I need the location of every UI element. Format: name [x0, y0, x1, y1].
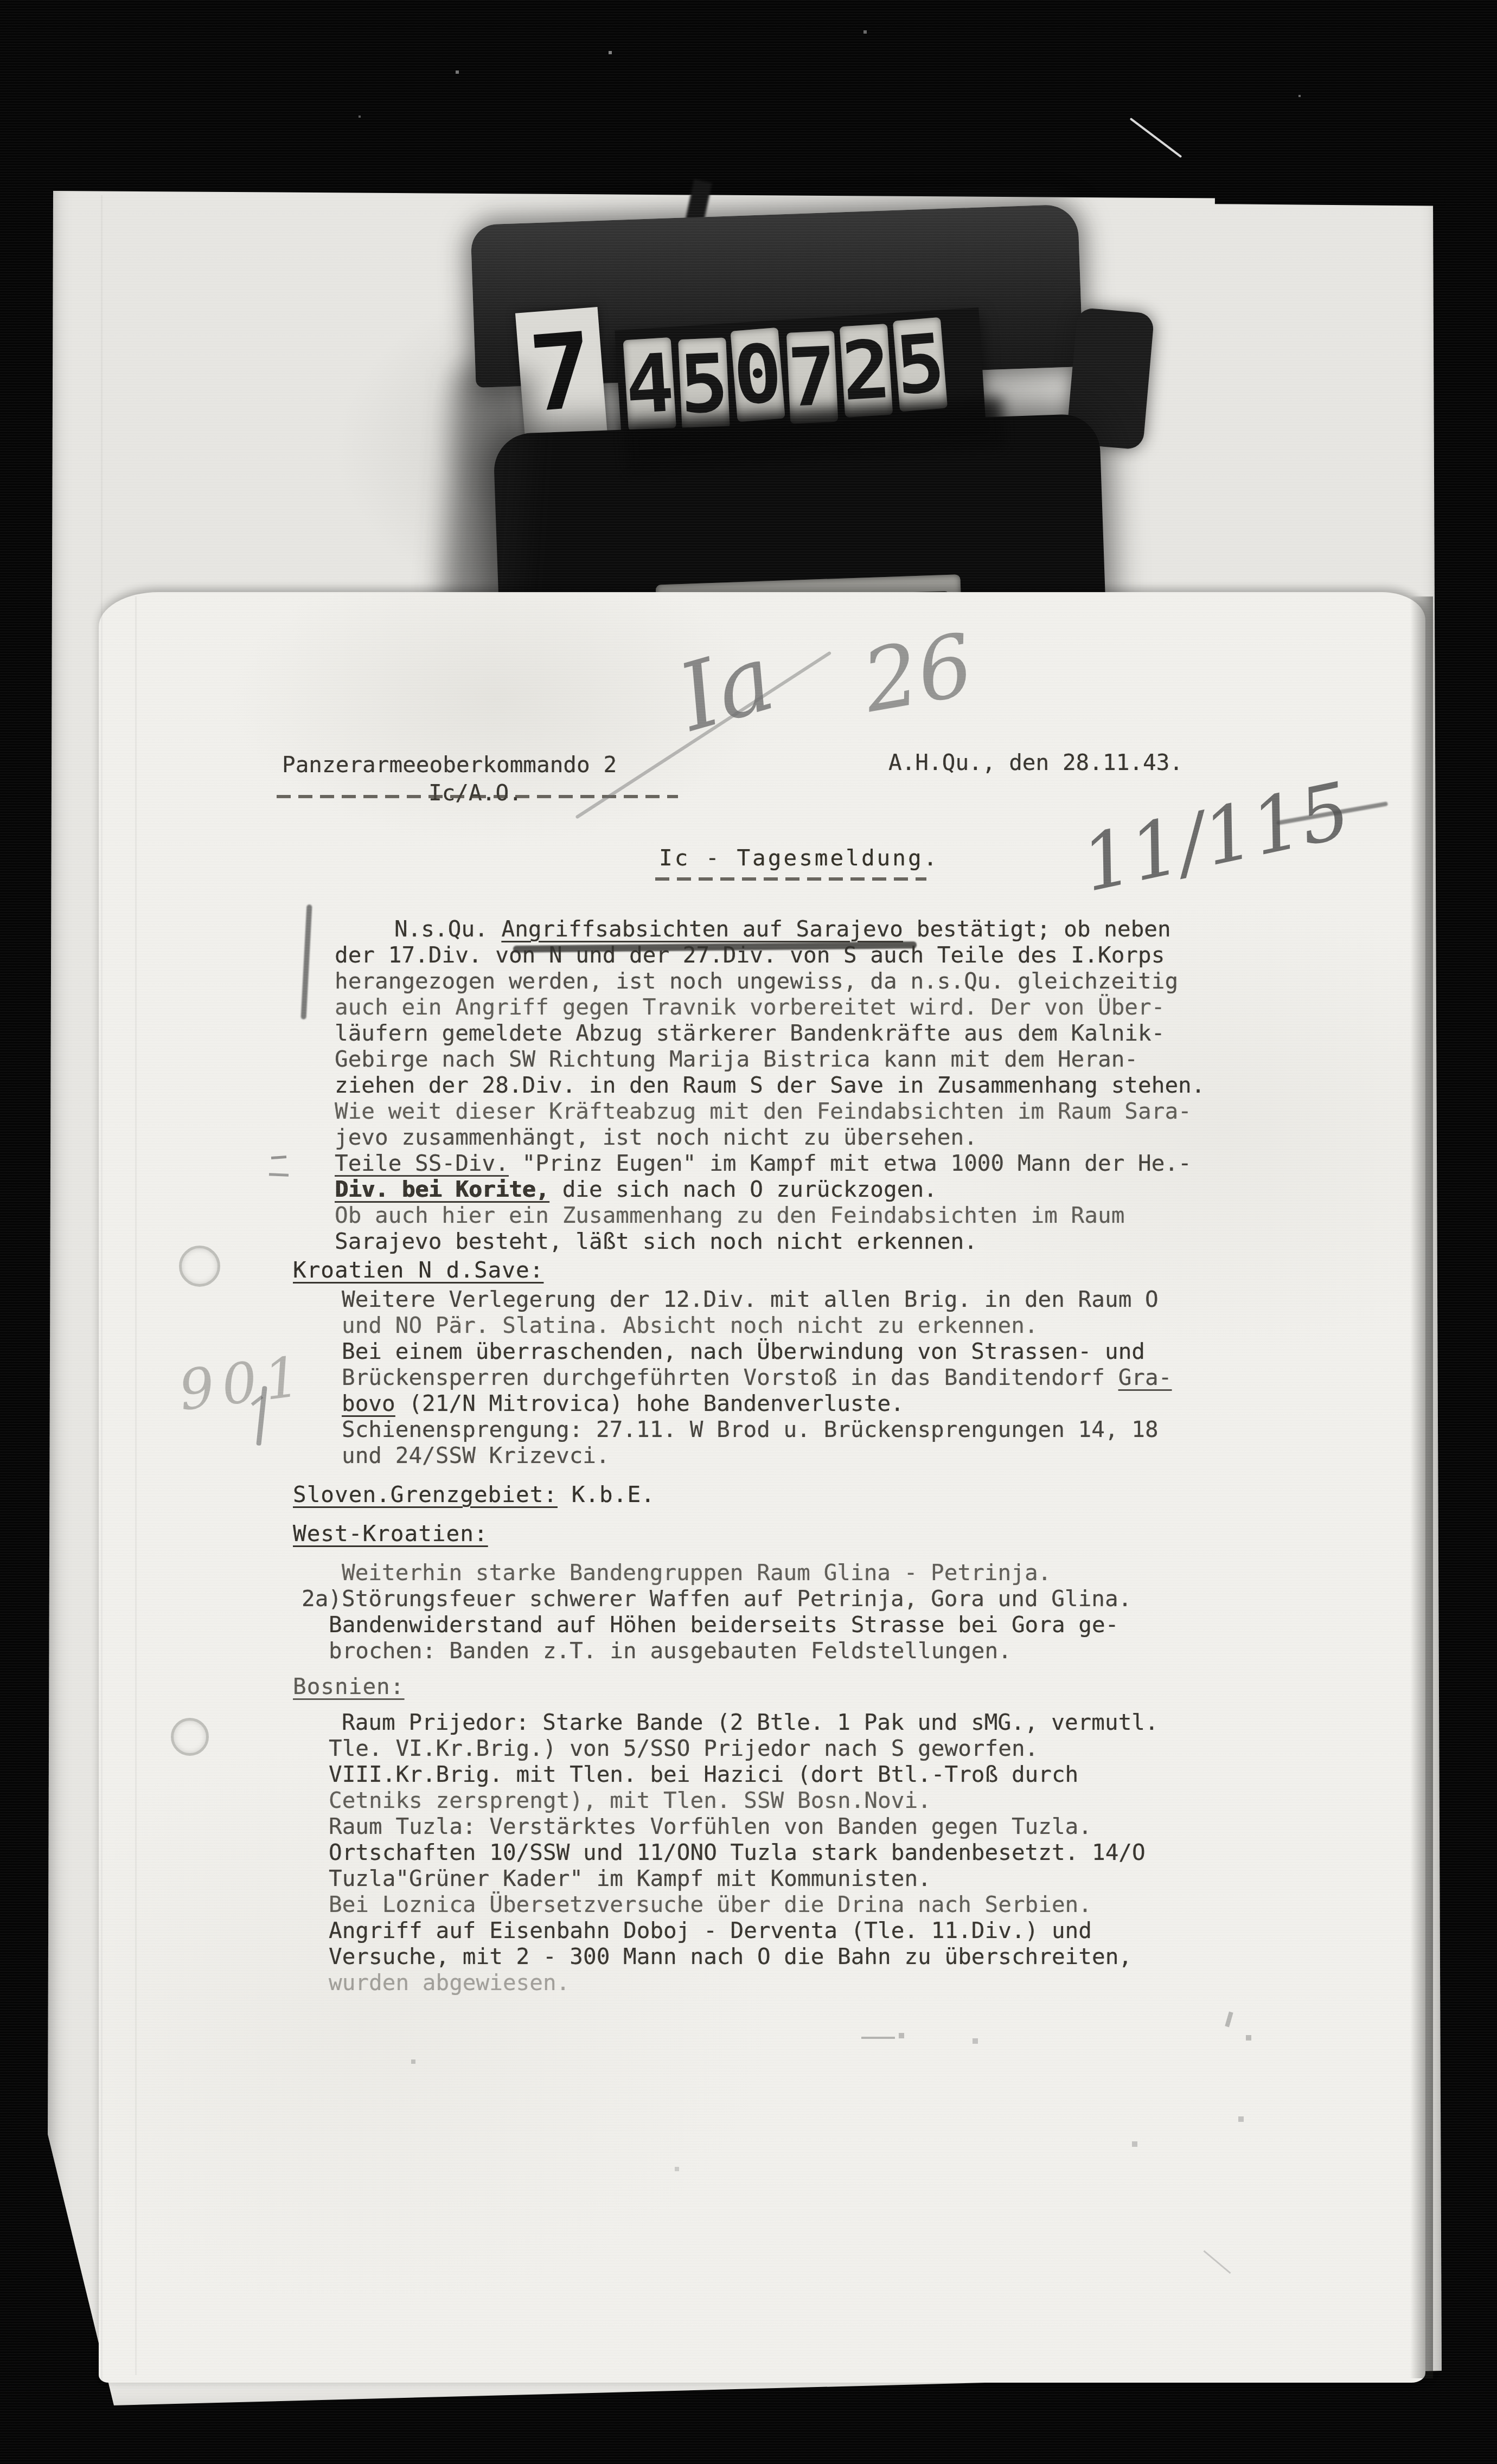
report-line-segment: Kroatien N d.Save: [293, 1257, 543, 1283]
report-line: auch ein Angriff gegen Travnik vorbereit… [335, 994, 1165, 1020]
pencil-note-26: 26 [856, 615, 981, 732]
report-line: Brückensperren durchgeführten Vorstoß in… [342, 1364, 1172, 1390]
report-line-segment: Teile SS-Div. [335, 1150, 509, 1176]
report-line-segment: Bosnien: [293, 1673, 404, 1699]
title-underline-rule [655, 877, 926, 881]
report-line-segment: 2a)Störungsfeuer schwerer Waffen auf Pet… [302, 1586, 1131, 1612]
section-heading-west-kroatien: West-Kroatien: [293, 1520, 488, 1547]
report-line: Raum Tuzla: Verstärktes Vorfühlen von Ba… [329, 1813, 1092, 1839]
report-line-segment: Versuche, mit 2 - 300 Mann nach O die Ba… [329, 1943, 1132, 1969]
report-line: Bei einem überraschenden, nach Überwindu… [342, 1338, 1145, 1364]
report-line-segment: ziehen der 28.Div. in den Raum S der Sav… [335, 1072, 1205, 1098]
report-line-segment: Gra- [1118, 1364, 1172, 1390]
report-line-segment: Gebirge nach SW Richtung Marija Bistrica… [335, 1046, 1138, 1072]
letterhead-place-date: A.H.Qu., den 28.11.43. [888, 749, 1183, 775]
report-line-segment: Bei einem überraschenden, nach Überwindu… [342, 1338, 1145, 1364]
typed-text-layer: Panzerarmeeoberkommando 2 A.H.Qu., den 2… [0, 0, 1497, 2464]
report-line-segment: Bandenwiderstand auf Höhen beiderseits S… [329, 1612, 1118, 1638]
report-line-segment: Sloven.Grenzgebiet: [293, 1481, 558, 1507]
report-line-segment: bovo [342, 1390, 395, 1416]
report-line-segment: Tuzla"Grüner Kader" im Kampf mit Kommuni… [329, 1865, 931, 1891]
report-line-segment: Weitere Verlegerung der 12.Div. mit alle… [342, 1286, 1159, 1312]
letterhead-underline-rule [277, 795, 678, 798]
report-line-segment: Ob auch hier ein Zusammenhang zu den Fei… [335, 1202, 1124, 1228]
report-line: Weiterhin starke Bandengruppen Raum Glin… [342, 1560, 1051, 1586]
report-line: herangezogen werden, ist noch ungewiss, … [335, 968, 1178, 994]
report-line: Ob auch hier ein Zusammenhang zu den Fei… [335, 1202, 1124, 1228]
report-line-segment: Raum Prijedor: Starke Bande (2 Btle. 1 P… [342, 1709, 1159, 1735]
report-line: Cetniks zersprengt), mit Tlen. SSW Bosn.… [329, 1787, 931, 1813]
report-line-segment: Div. bei Korite, [335, 1176, 549, 1202]
report-line: und 24/SSW Krizevci. [342, 1442, 610, 1468]
report-line: wurden abgewiesen. [329, 1969, 570, 1995]
report-line-segment: und 24/SSW Krizevci. [342, 1442, 610, 1468]
pencil-specks [0, 0, 2, 2]
report-line-segment: Brückensperren durchgeführten Vorstoß in… [342, 1364, 1118, 1390]
report-line-segment: jevo zusammenhängt, ist noch nicht zu üb… [335, 1124, 977, 1150]
report-line: und NO Pär. Slatina. Absicht noch nicht … [342, 1312, 1038, 1338]
report-line-segment: und NO Pär. Slatina. Absicht noch nicht … [342, 1312, 1038, 1338]
report-line: Tuzla"Grüner Kader" im Kampf mit Kommuni… [329, 1865, 931, 1891]
report-line: VIII.Kr.Brig. mit Tlen. bei Hazici (dort… [329, 1761, 1078, 1787]
report-line-segment: Raum Tuzla: Verstärktes Vorfühlen von Ba… [329, 1813, 1092, 1839]
section-heading-kroatien: Kroatien N d.Save: [293, 1257, 543, 1283]
report-line: Weitere Verlegerung der 12.Div. mit alle… [342, 1286, 1159, 1312]
letterhead-unit: Panzerarmeeoberkommando 2 [282, 752, 617, 778]
report-line-segment: N.s.Qu. [394, 916, 501, 942]
report-line-segment: Sarajevo besteht, läßt sich noch nicht e… [335, 1228, 977, 1254]
report-line: Teile SS-Div. "Prinz Eugen" im Kampf mit… [335, 1150, 1192, 1176]
report-line-segment: VIII.Kr.Brig. mit Tlen. bei Hazici (dort… [329, 1761, 1078, 1787]
letterhead-department: Ic/A.O. [428, 780, 522, 806]
report-line: Wie weit dieser Kräfteabzug mit den Fein… [335, 1098, 1192, 1124]
report-line-segment: "Prinz Eugen" im Kampf mit etwa 1000 Man… [509, 1150, 1192, 1176]
report-line-segment: (21/N Mitrovica) hohe Bandenverluste. [395, 1390, 904, 1416]
report-line: Bandenwiderstand auf Höhen beiderseits S… [329, 1612, 1118, 1638]
pencil-bottom-dash [861, 2037, 895, 2039]
report-line: Schienensprengung: 27.11. W Brod u. Brüc… [342, 1416, 1159, 1442]
report-line: Ortschaften 10/SSW und 11/ONO Tuzla star… [329, 1839, 1146, 1865]
report-line: Div. bei Korite, die sich nach O zurückz… [335, 1176, 937, 1202]
report-line-segment: Wie weit dieser Kräfteabzug mit den Fein… [335, 1098, 1192, 1124]
report-line: N.s.Qu. Angriffsabsichten auf Sarajevo b… [394, 916, 1171, 942]
report-line: läufern gemeldete Abzug stärkerer Banden… [335, 1020, 1165, 1046]
report-line-segment: Angriff auf Eisenbahn Doboj - Derventa (… [329, 1917, 1092, 1943]
report-line: Sarajevo besteht, läßt sich noch nicht e… [335, 1228, 977, 1254]
report-line-segment: läufern gemeldete Abzug stärkerer Banden… [335, 1020, 1165, 1046]
report-line: jevo zusammenhängt, ist noch nicht zu üb… [335, 1124, 977, 1150]
report-line: Tle. VI.Kr.Brig.) von 5/SSO Prijedor nac… [329, 1735, 1038, 1761]
report-line: Gebirge nach SW Richtung Marija Bistrica… [335, 1046, 1138, 1072]
report-line-segment: die sich nach O zurückzogen. [549, 1176, 937, 1202]
report-line-segment: Ortschaften 10/SSW und 11/ONO Tuzla star… [329, 1839, 1146, 1865]
report-line-segment: Cetniks zersprengt), mit Tlen. SSW Bosn.… [329, 1787, 931, 1813]
report-line: brochen: Banden z.T. in ausgebauten Feld… [329, 1638, 1012, 1664]
report-line: bovo (21/N Mitrovica) hohe Bandenverlust… [342, 1390, 904, 1416]
report-line: 2a)Störungsfeuer schwerer Waffen auf Pet… [302, 1586, 1131, 1612]
report-line-segment: herangezogen werden, ist noch ungewiss, … [335, 968, 1178, 994]
report-line-segment: Weiterhin starke Bandengruppen Raum Glin… [342, 1560, 1051, 1586]
report-line-segment: Schienensprengung: 27.11. W Brod u. Brüc… [342, 1416, 1159, 1442]
report-title: Ic - Tagesmeldung. [659, 845, 939, 871]
archive-scan-page: { "colors": {"paper":"#f1f0ec","backing"… [0, 0, 1497, 2464]
report-line: Angriff auf Eisenbahn Doboj - Derventa (… [329, 1917, 1092, 1943]
report-line-segment: auch ein Angriff gegen Travnik vorbereit… [335, 994, 1165, 1020]
report-line: Bei Loznica Übersetzversuche über die Dr… [329, 1891, 1092, 1917]
section-heading-bosnien: Bosnien: [293, 1673, 404, 1699]
report-line: Raum Prijedor: Starke Bande (2 Btle. 1 P… [342, 1709, 1159, 1735]
report-line-segment: Tle. VI.Kr.Brig.) von 5/SSO Prijedor nac… [329, 1735, 1038, 1761]
report-line-segment: wurden abgewiesen. [329, 1969, 570, 1995]
report-line-segment: Angriffsabsichten auf Sarajevo [501, 916, 903, 942]
report-line-segment: West-Kroatien: [293, 1520, 488, 1547]
section-heading-slovenien: Sloven.Grenzgebiet: K.b.E. [293, 1481, 655, 1507]
report-line-segment: bestätigt; ob neben [903, 916, 1171, 942]
report-line: Versuche, mit 2 - 300 Mann nach O die Ba… [329, 1943, 1132, 1969]
report-line-segment: Bei Loznica Übersetzversuche über die Dr… [329, 1891, 1092, 1917]
report-line: ziehen der 28.Div. in den Raum S der Sav… [335, 1072, 1205, 1098]
report-line-segment: brochen: Banden z.T. in ausgebauten Feld… [329, 1638, 1012, 1664]
report-line-segment: K.b.E. [558, 1481, 655, 1507]
